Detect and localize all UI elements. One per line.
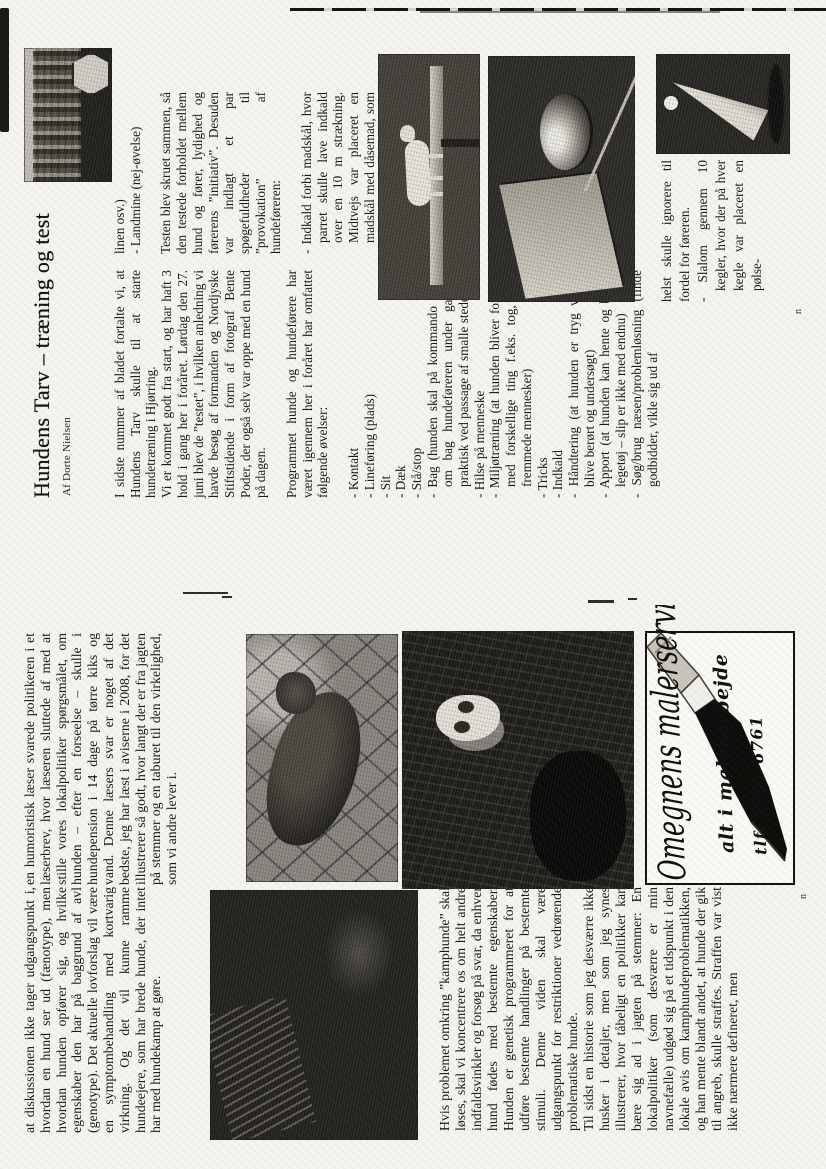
metal-bowl	[540, 94, 590, 170]
fold-mark	[222, 596, 232, 598]
left-column-bottom: Hvis problemet omkring ”kamphunde” skal …	[437, 887, 741, 1131]
paragraph: Hvis problemet omkring ”kamphunde” skal …	[437, 887, 581, 1131]
fold-mark	[588, 600, 614, 603]
paragraph: Programmet hunde og hundeførere har være…	[284, 270, 331, 498]
photo-traffic-cone	[656, 54, 790, 154]
cone-shadow	[768, 64, 784, 144]
list-item: - Dæk	[393, 270, 409, 498]
painter-advert: Omegnens malerservice alt i malerarbejde…	[645, 631, 795, 885]
dog-leg	[426, 192, 443, 196]
list-item: - Indkald	[550, 270, 566, 498]
left-column-top: at diskussionen ikke tager udgangspunkt …	[22, 887, 164, 1133]
list-item: - Kontakt	[346, 270, 362, 498]
photo-dog-among-plants	[210, 890, 418, 1140]
article-byline: Af Dorte Nielsen	[61, 417, 73, 496]
light-patch	[324, 908, 394, 998]
page-number-mark: n	[793, 309, 804, 314]
white-dog	[404, 139, 431, 206]
paragraph: helst skulle ignorere til fordel for før…	[658, 160, 694, 302]
dog-head	[400, 125, 415, 142]
list-item: - Søg/brug næsen/problemløsning (finde g…	[629, 270, 660, 498]
scan-edge-bar	[0, 8, 9, 132]
photo-kennel-sign	[24, 48, 112, 182]
list-item: - Landmine (nej-øvelse)	[128, 92, 144, 254]
list-item: - Sit	[378, 270, 394, 498]
paragraph: Til sidst en historie som jeg desværre i…	[581, 887, 741, 1131]
beam-post	[441, 139, 480, 147]
photo-dog-on-beam	[378, 54, 480, 300]
list-item: - Apport (at hunden kan hente og bringe …	[597, 270, 628, 498]
photo-dog-on-quilt	[246, 634, 398, 882]
list-item: - Håndtering (at hunden er tryg ved at b…	[566, 270, 597, 498]
cone-tip-sausage	[664, 96, 678, 110]
scanned-newsletter-spread: Hundens Tarv – træning og test Af Dorte …	[0, 0, 826, 1169]
right-column-top: en humoristisk læser svarede politikeren…	[22, 633, 180, 885]
dog-eye-patch	[454, 721, 470, 733]
list-item: - Stå/stop	[409, 270, 425, 498]
list-item: - Lineføring (plads)	[362, 270, 378, 498]
dog-leg	[426, 176, 443, 180]
page-number-mark: n	[798, 894, 809, 899]
exercise-list: - Kontakt - Lineføring (plads) - Sit - D…	[346, 270, 660, 498]
list-item: - Hilse på menneske	[472, 270, 488, 498]
paragraph: at diskussionen ikke tager udgangspunkt …	[22, 887, 164, 1133]
list-item: - Slalom gennem 10 kegler, hvor der på h…	[694, 160, 766, 302]
dog-eye-patch	[458, 701, 474, 713]
list-item: - Miljøtræning (at hunden bliver fortrol…	[487, 270, 534, 498]
thin-rod	[584, 56, 635, 192]
fold-mark	[183, 592, 228, 594]
shadow-blob	[530, 751, 626, 881]
list-continuation: linen osv.)	[112, 92, 128, 254]
page-1-rotated: Hundens Tarv – træning og test Af Dorte …	[0, 0, 826, 602]
dog-head	[276, 672, 316, 714]
article-title: Hundens Tarv – træning og test	[27, 178, 57, 498]
paragraph: I sidste nummer af bladet fortalte vi, a…	[112, 270, 159, 498]
wooden-board	[499, 173, 623, 299]
list-item: - Tricks	[535, 270, 551, 498]
fold-mark	[628, 598, 637, 600]
column-3: helst skulle ignorere til fordel for før…	[658, 160, 766, 302]
column-2: linen osv.) - Landmine (nej-øvelse) Test…	[112, 92, 393, 254]
list-item: - Bag (hunden skal på kommando rykke om …	[425, 270, 472, 498]
scan-edge-line-2	[420, 11, 720, 13]
page-2-rotated: at diskussionen ikke tager udgangspunkt …	[0, 605, 826, 1169]
photo-food-bowl	[488, 56, 635, 302]
paragraph: en humoristisk læser svarede politikeren…	[22, 633, 180, 885]
fern-leaves	[210, 996, 316, 1140]
photo-spaniel-in-dark	[402, 631, 634, 889]
paragraph: Testen blev skruet sammen, så den tested…	[158, 92, 284, 254]
paragraph: Vi er kommet godt fra start, og har haft…	[159, 270, 269, 498]
dog-leg	[426, 154, 443, 158]
column-1: I sidste nummer af bladet fortalte vi, a…	[112, 270, 660, 498]
